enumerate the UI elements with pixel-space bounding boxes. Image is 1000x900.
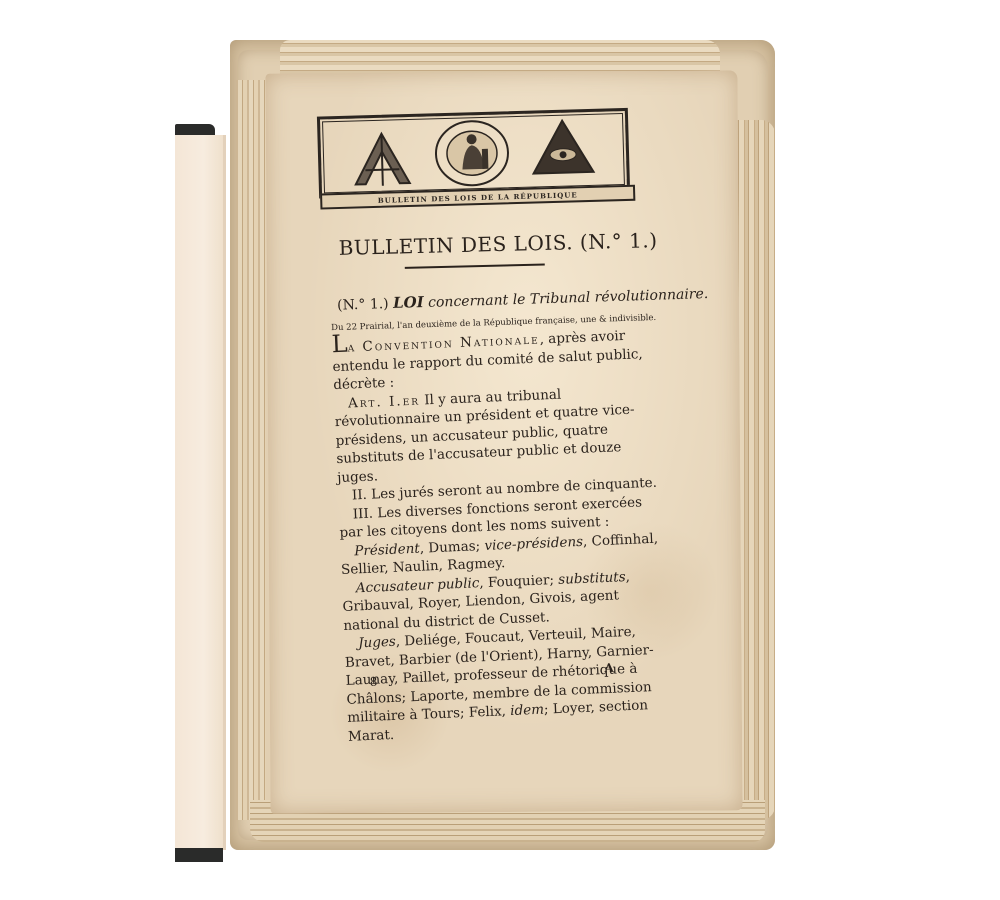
page-stack-top-edge bbox=[280, 40, 720, 74]
page-number: 8 bbox=[369, 675, 377, 689]
book-cover-bottom-edge bbox=[175, 848, 223, 862]
page-stack-left-edge bbox=[236, 80, 266, 820]
law-subject-b: Tribunal révolutionnaire. bbox=[530, 286, 709, 308]
law-label: LOI bbox=[393, 293, 424, 312]
substituts-label: substituts bbox=[558, 569, 626, 588]
bulletin-title: BULLETIN DES LOIS. (N.° 1.) bbox=[338, 228, 657, 260]
accusateur-label: Accusateur public bbox=[356, 575, 480, 596]
compass-level-icon bbox=[350, 129, 414, 189]
republic-seal-icon bbox=[433, 118, 511, 188]
title-rule bbox=[405, 263, 545, 268]
paragraph-article-1: Art. I.er Il y aura au tribunal révoluti… bbox=[334, 381, 668, 487]
law-number: (N.° 1.) bbox=[337, 296, 389, 314]
vignette-band-text: BULLETIN DES LOIS DE LA RÉPUBLIQUE bbox=[320, 185, 635, 210]
signature-mark: A bbox=[604, 661, 614, 675]
book-cover-board bbox=[175, 135, 226, 850]
article-1-label: Art. I.er bbox=[348, 392, 421, 411]
juges-label: Juges bbox=[358, 634, 396, 652]
president-name: , Dumas; bbox=[419, 537, 484, 556]
president-label: Président bbox=[354, 540, 420, 559]
idem-label: idem bbox=[510, 702, 544, 719]
drop-cap: L bbox=[331, 330, 348, 359]
eye-of-providence-icon bbox=[530, 118, 596, 176]
vice-presidents-label: vice-présidens bbox=[484, 533, 583, 553]
law-subject-a: concernant le bbox=[428, 292, 526, 311]
accusateur-name: , Fouquier; bbox=[479, 571, 559, 590]
document-page: BULLETIN DES LOIS DE LA RÉPUBLIQUE BULLE… bbox=[265, 70, 742, 813]
header-vignette: BULLETIN DES LOIS DE LA RÉPUBLIQUE bbox=[317, 108, 630, 199]
law-heading: (N.° 1.) LOI concernant le Tribunal révo… bbox=[337, 284, 709, 314]
